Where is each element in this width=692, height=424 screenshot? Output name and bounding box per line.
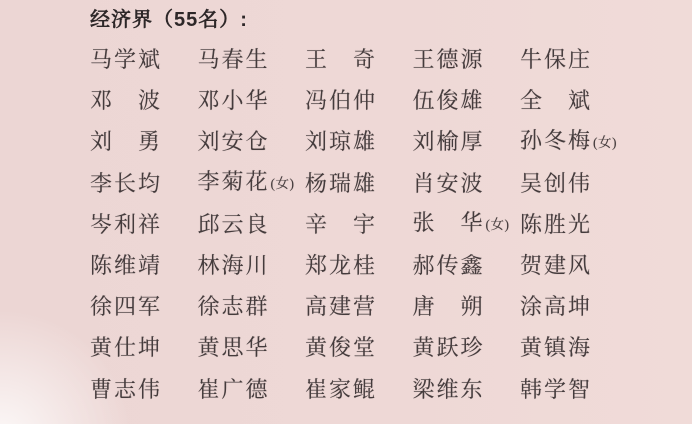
name-cell: 肖安波 [413,163,521,204]
person-name: 黄思华 [198,335,270,360]
name-row: 邓 波邓小华冯伯仲伍俊雄全 斌 [90,80,650,121]
name-cell: 黄思华 [198,327,306,368]
person-name: 刘 勇 [90,129,162,154]
name-cell: 梁维东 [413,369,521,410]
name-cell: 郝传鑫 [413,245,521,286]
name-cell: 黄俊堂 [305,327,413,368]
name-cell: 高建营 [305,286,413,327]
person-name: 杨瑞雄 [305,171,377,196]
person-name: 崔广德 [198,377,270,402]
name-cell: 李长均 [90,163,198,204]
person-name: 李菊花 [198,169,270,194]
name-cell: 杨瑞雄 [305,163,413,204]
person-name: 林海川 [198,253,270,278]
section-title: 经济界（55名）: [90,5,248,35]
name-row: 马学斌马春生王 奇王德源牛保庄 [90,39,650,80]
name-cell: 王德源 [413,39,521,80]
person-name: 唐 朔 [413,294,485,319]
name-cell: 刘榆厚 [413,121,521,162]
name-cell: 全 斌 [520,80,628,121]
person-name: 徐志群 [198,294,270,319]
person-name: 陈胜光 [520,212,592,237]
person-name: 张 华 [413,210,485,235]
name-cell: 曹志伟 [90,369,198,410]
person-name: 邓小华 [198,88,270,113]
gender-note: (女) [271,176,295,191]
person-name: 全 斌 [520,88,592,113]
person-name: 牛保庄 [520,47,592,72]
person-name: 郑龙桂 [305,253,377,278]
name-cell: 吴创伟 [520,163,628,204]
name-cell: 刘安仓 [198,121,306,162]
name-cell: 徐四军 [90,286,198,327]
name-cell: 王 奇 [305,39,413,80]
gender-note: (女) [593,135,617,150]
person-name: 岑利祥 [90,212,162,237]
name-row: 黄仕坤黄思华黄俊堂黄跃珍黄镇海 [90,327,650,368]
person-name: 刘安仓 [198,129,270,154]
name-cell: 刘琼雄 [305,121,413,162]
person-name: 王 奇 [305,47,377,72]
person-name: 李长均 [90,171,162,196]
person-name: 王德源 [413,47,485,72]
name-cell: 邓小华 [198,80,306,121]
name-cell: 陈维靖 [90,245,198,286]
name-cell: 黄镇海 [520,327,628,368]
person-name: 马学斌 [90,47,162,72]
person-name: 黄仕坤 [90,335,162,360]
person-name: 刘琼雄 [305,129,377,154]
name-cell: 贺建风 [520,245,628,286]
name-cell: 牛保庄 [520,39,628,80]
person-name: 高建营 [305,294,377,319]
document-page: 经济界（55名）: 马学斌马春生王 奇王德源牛保庄邓 波邓小华冯伯仲伍俊雄全 斌… [0,0,692,424]
person-name: 邱云良 [198,212,270,237]
person-name: 黄镇海 [520,335,592,360]
name-cell: 徐志群 [198,286,306,327]
name-cell: 韩学智 [520,369,628,410]
name-cell: 张 华(女) [413,202,521,246]
name-cell: 冯伯仲 [305,80,413,121]
name-row: 陈维靖林海川郑龙桂郝传鑫贺建风 [90,245,650,286]
person-name: 贺建风 [520,253,592,278]
person-name: 辛 宇 [305,212,377,237]
person-name: 刘榆厚 [413,129,485,154]
name-cell: 郑龙桂 [305,245,413,286]
name-cell: 岑利祥 [90,204,198,245]
person-name: 黄俊堂 [305,335,377,360]
name-cell: 李菊花(女) [198,161,306,205]
person-name: 涂高坤 [520,294,592,319]
name-row: 曹志伟崔广德崔家鲲梁维东韩学智 [90,369,650,410]
name-row: 岑利祥邱云良辛 宇张 华(女)陈胜光 [90,204,650,245]
person-name: 马春生 [198,47,270,72]
name-cell: 崔广德 [198,369,306,410]
gender-note: (女) [486,217,510,232]
person-name: 陈维靖 [90,253,162,278]
person-name: 曹志伟 [90,377,162,402]
name-cell: 刘 勇 [90,121,198,162]
name-cell: 崔家鲲 [305,369,413,410]
person-name: 邓 波 [90,88,162,113]
name-cell: 陈胜光 [520,204,628,245]
name-cell: 黄跃珍 [413,327,521,368]
name-row: 李长均李菊花(女)杨瑞雄肖安波吴创伟 [90,163,650,204]
person-name: 梁维东 [413,377,485,402]
name-cell: 马学斌 [90,39,198,80]
name-cell: 邱云良 [198,204,306,245]
name-cell: 唐 朔 [413,286,521,327]
name-row: 徐四军徐志群高建营唐 朔涂高坤 [90,286,650,327]
person-name: 黄跃珍 [413,335,485,360]
name-grid: 马学斌马春生王 奇王德源牛保庄邓 波邓小华冯伯仲伍俊雄全 斌刘 勇刘安仓刘琼雄刘… [90,39,650,410]
person-name: 徐四军 [90,294,162,319]
person-name: 吴创伟 [520,171,592,196]
name-cell: 邓 波 [90,80,198,121]
name-cell: 黄仕坤 [90,327,198,368]
name-cell: 马春生 [198,39,306,80]
person-name: 崔家鲲 [305,377,377,402]
name-cell: 孙冬梅(女) [520,120,628,164]
person-name: 伍俊雄 [413,88,485,113]
name-cell: 涂高坤 [520,286,628,327]
person-name: 韩学智 [520,377,592,402]
name-row: 刘 勇刘安仓刘琼雄刘榆厚孙冬梅(女) [90,121,650,162]
name-cell: 伍俊雄 [413,80,521,121]
person-name: 郝传鑫 [413,253,485,278]
person-name: 孙冬梅 [520,128,592,153]
person-name: 肖安波 [413,171,485,196]
person-name: 冯伯仲 [305,88,377,113]
name-cell: 辛 宇 [305,204,413,245]
name-cell: 林海川 [198,245,306,286]
